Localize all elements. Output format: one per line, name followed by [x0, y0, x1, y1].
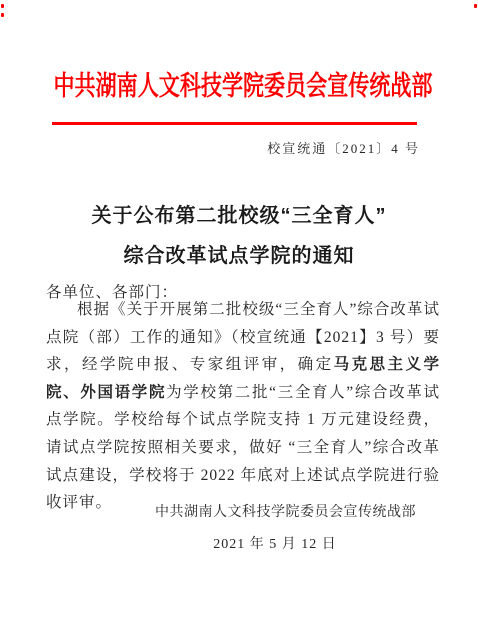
- signoff-block: 中共湖南人文科技学院委员会宣传统战部 2021 年 5 月 12 日: [155, 501, 395, 553]
- red-divider-rule: [52, 122, 417, 125]
- document-title-line-1: 关于公布第二批校级“三全育人”: [0, 196, 478, 236]
- body-text-after-colleges: 为学校第二批“三全育人”综合改革试点学院。学校给每个试点学院支持 1 万元建设经…: [46, 384, 440, 511]
- document-page: 中共湖南人文科技学院委员会宣传统战部 校宣统通〔2021〕4 号 关于公布第二批…: [0, 0, 478, 627]
- letterhead-issuer-name: 中共湖南人文科技学院委员会宣传统战部: [53, 66, 432, 106]
- document-title-line-2: 综合改革试点学院的通知: [0, 236, 478, 276]
- document-number: 校宣统通〔2021〕4 号: [267, 138, 420, 157]
- signoff-issuer-name: 中共湖南人文科技学院委员会宣传统战部: [155, 501, 395, 521]
- scan-artifact-dot: [1, 4, 4, 8]
- scan-artifact-dot: [474, 4, 477, 8]
- scan-artifact-dot: [1, 13, 4, 17]
- document-title: 关于公布第二批校级“三全育人” 综合改革试点学院的通知: [0, 196, 478, 276]
- signoff-date: 2021 年 5 月 12 日: [155, 533, 395, 553]
- letterhead: 中共湖南人文科技学院委员会宣传统战部: [0, 66, 478, 111]
- body-paragraph: 根据《关于开展第二批校级“三全育人”综合改革试点院（部）工作的通知》（校宣统通【…: [46, 296, 440, 517]
